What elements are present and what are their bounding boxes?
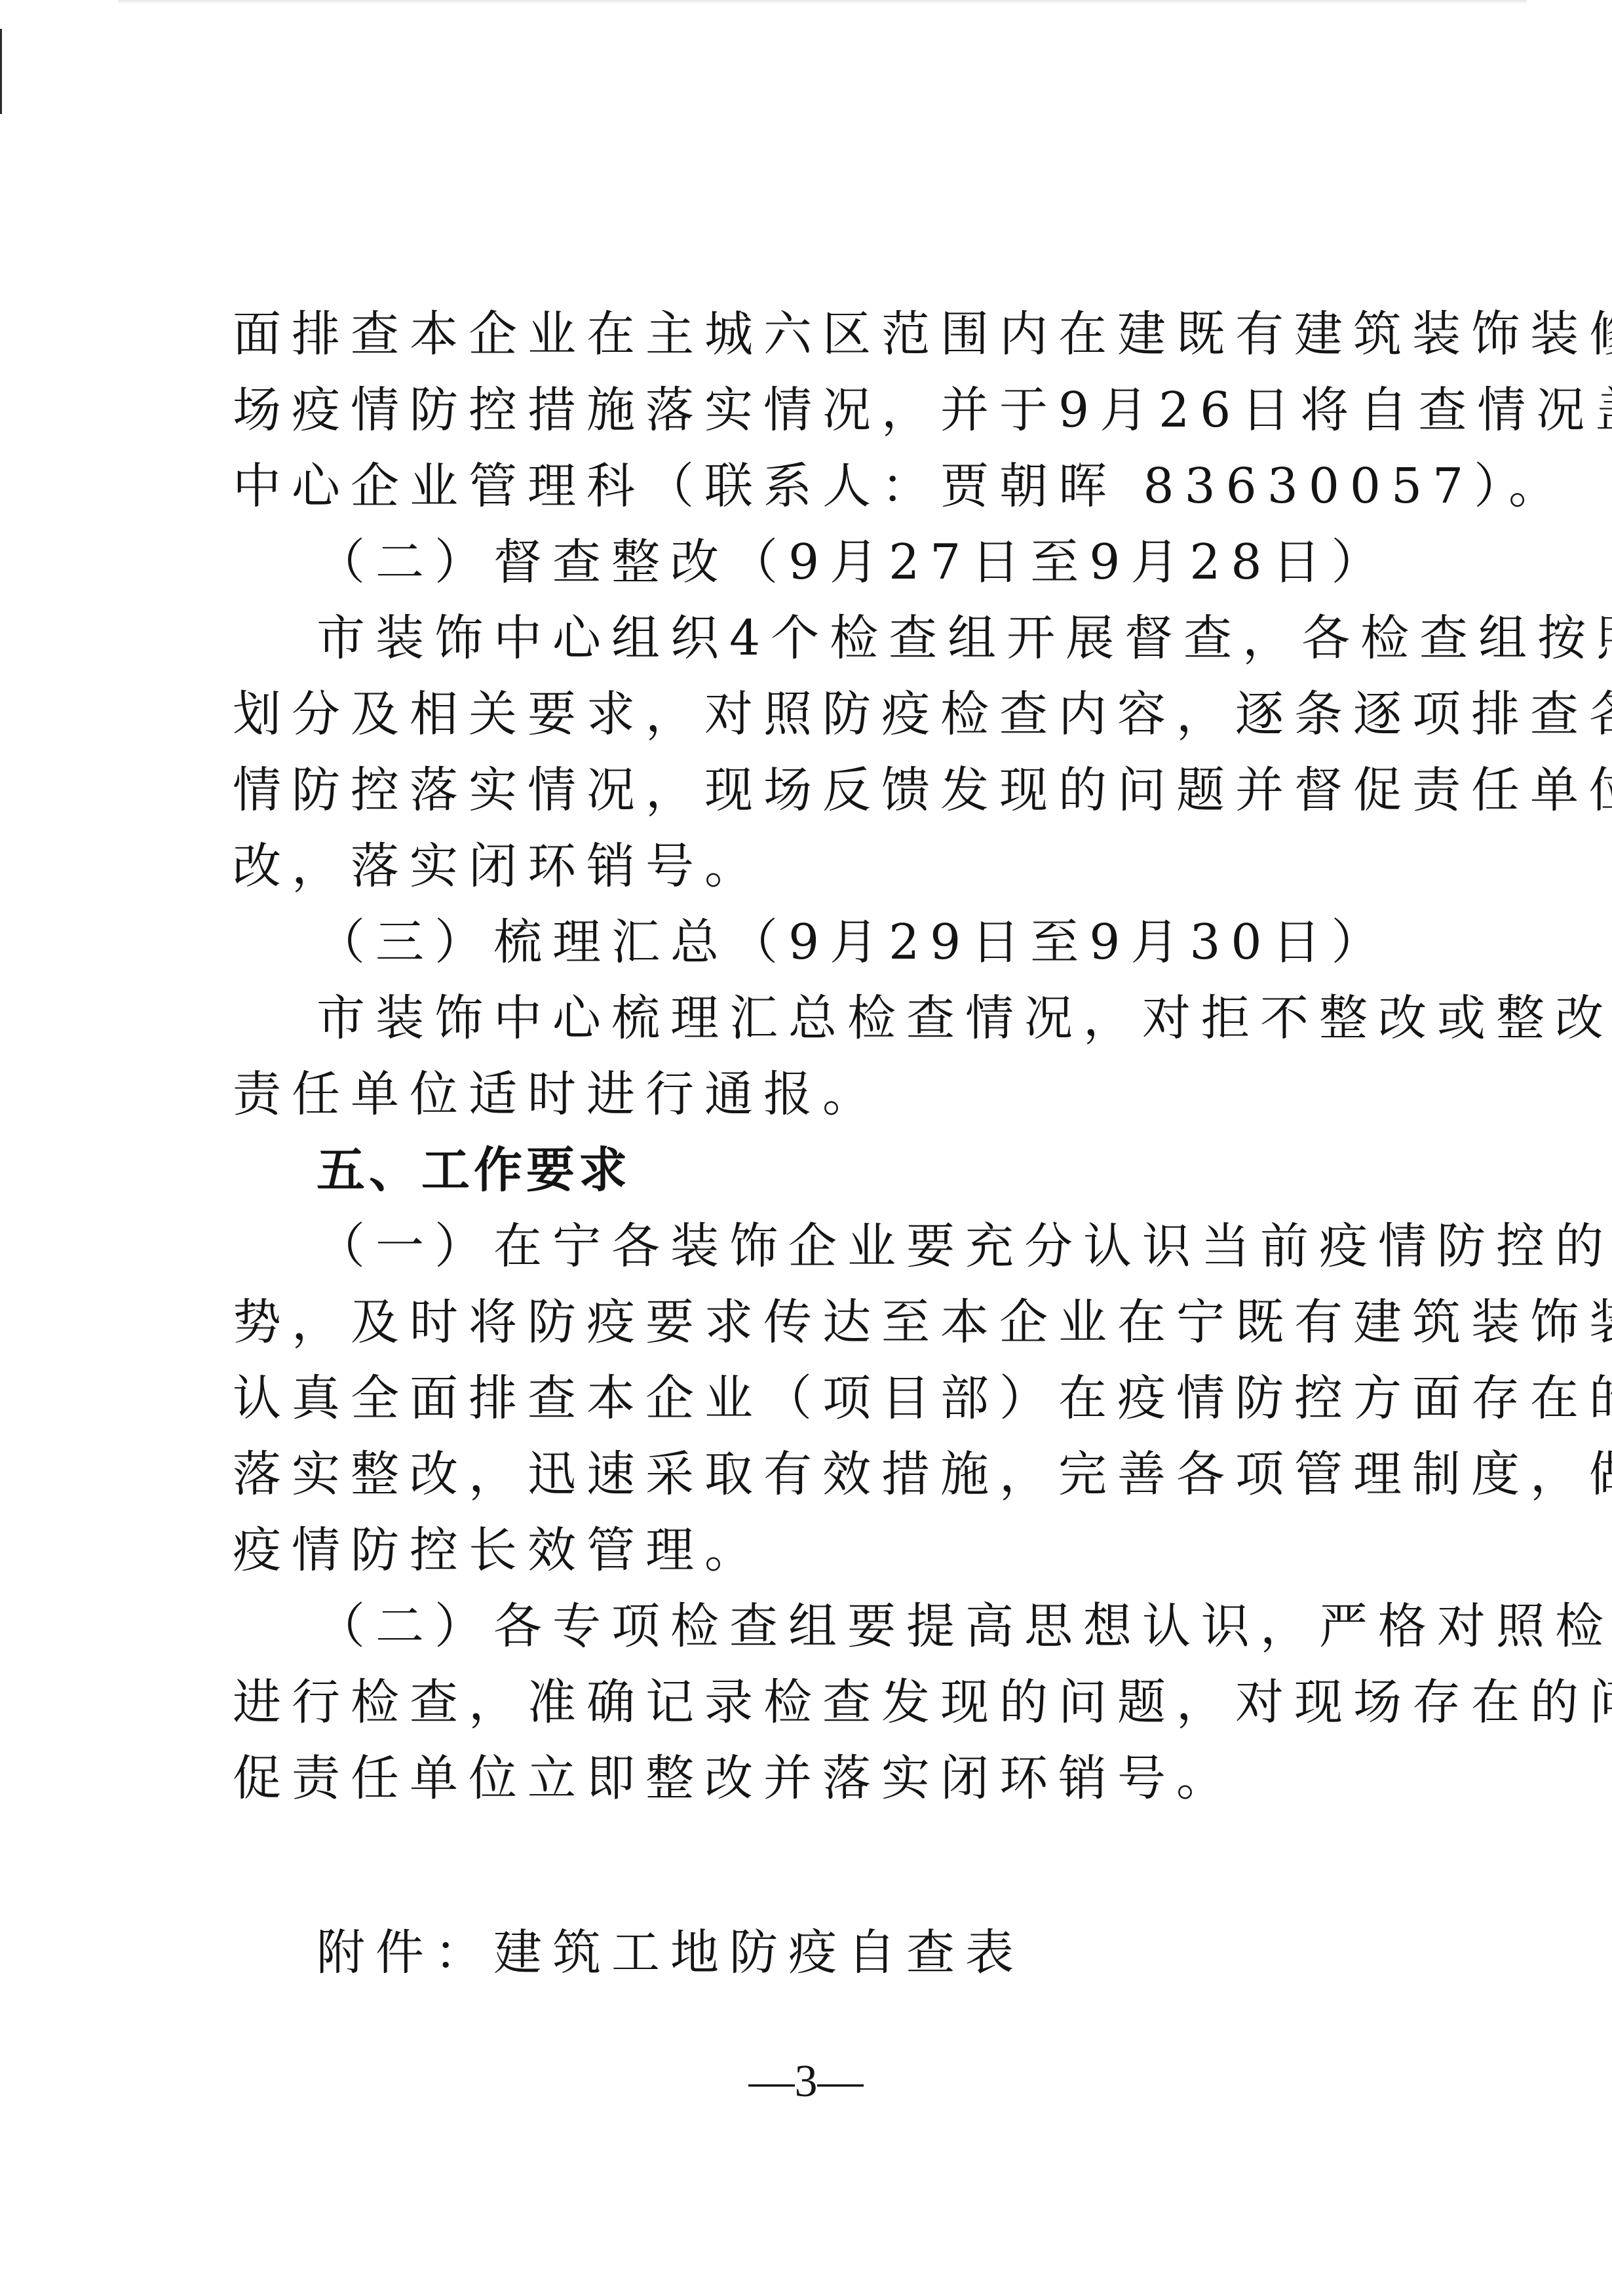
attachment-note: 附件：建筑工地防疫自查表: [233, 1915, 1412, 1991]
text-line: 疫情防控长效管理。: [233, 1512, 1412, 1588]
text-line: 市装饰中心梳理汇总检查情况，对拒不整改或整改不力的: [233, 980, 1412, 1056]
continuation-paragraph: 面排查本企业在主城六区范围内在建既有建筑装饰装修工程现 场疫情防控措施落实情况，…: [233, 296, 1412, 524]
text-line: 中心企业管理科（联系人：贾朝晖 83630057）。: [233, 448, 1412, 524]
section-supervision-rectification: （二）督查整改（9月27日至9月28日） 市装饰中心组织4个检查组开展督查，各检…: [233, 524, 1412, 904]
text-line: 面排查本企业在主城六区范围内在建既有建筑装饰装修工程现: [233, 296, 1412, 372]
text-line: 认真全面排查本企业（项目部）在疫情防控方面存在的不足并: [233, 1360, 1412, 1436]
section-heading: （三）梳理汇总（9月29日至9月30日）: [233, 904, 1412, 980]
text-line: 势，及时将防疫要求传达至本企业在宁既有建筑装饰装修项目，: [233, 1284, 1412, 1360]
blank-space: [233, 1816, 1412, 1915]
requirement-item-2: （二）各专项检查组要提高思想认识，严格对照检查重点 进行检查，准确记录检查发现的…: [233, 1588, 1412, 1816]
page-number: —3—: [0, 2052, 1612, 2111]
section-summary: （三）梳理汇总（9月29日至9月30日） 市装饰中心梳理汇总检查情况，对拒不整改…: [233, 904, 1412, 1132]
text-line: 落实整改，迅速采取有效措施，完善各项管理制度，做好工地: [233, 1436, 1412, 1512]
text-line: 情防控落实情况，现场反馈发现的问题并督促责任单位立即整: [233, 752, 1412, 828]
text-line: 责任单位适时进行通报。: [233, 1056, 1412, 1132]
text-line: （一）在宁各装饰企业要充分认识当前疫情防控的严峻形: [233, 1208, 1412, 1284]
text-line: 市装饰中心组织4个检查组开展督查，各检查组按照职责: [233, 600, 1412, 676]
text-line: 改，落实闭环销号。: [233, 828, 1412, 904]
part-work-requirements: 五、工作要求 （一）在宁各装饰企业要充分认识当前疫情防控的严峻形 势，及时将防疫…: [233, 1132, 1412, 1816]
text-line: 促责任单位立即整改并落实闭环销号。: [233, 1740, 1412, 1816]
document-body: 面排查本企业在主城六区范围内在建既有建筑装饰装修工程现 场疫情防控措施落实情况，…: [233, 296, 1412, 1991]
requirement-item-1: （一）在宁各装饰企业要充分认识当前疫情防控的严峻形 势，及时将防疫要求传达至本企…: [233, 1208, 1412, 1588]
text-line: 划分及相关要求，对照防疫检查内容，逐条逐项排查各工地疫: [233, 676, 1412, 752]
scan-top-shadow: [118, 0, 1527, 4]
section-heading: （二）督查整改（9月27日至9月28日）: [233, 524, 1412, 600]
text-line: （二）各专项检查组要提高思想认识，严格对照检查重点: [233, 1588, 1412, 1664]
text-line: 场疫情防控措施落实情况，并于9月26日将自查情况盖章报我: [233, 372, 1412, 448]
scan-edge-mark: [0, 29, 2, 114]
text-line: 进行检查，准确记录检查发现的问题，对现场存在的问题要督: [233, 1664, 1412, 1740]
part-heading: 五、工作要求: [233, 1132, 1412, 1208]
